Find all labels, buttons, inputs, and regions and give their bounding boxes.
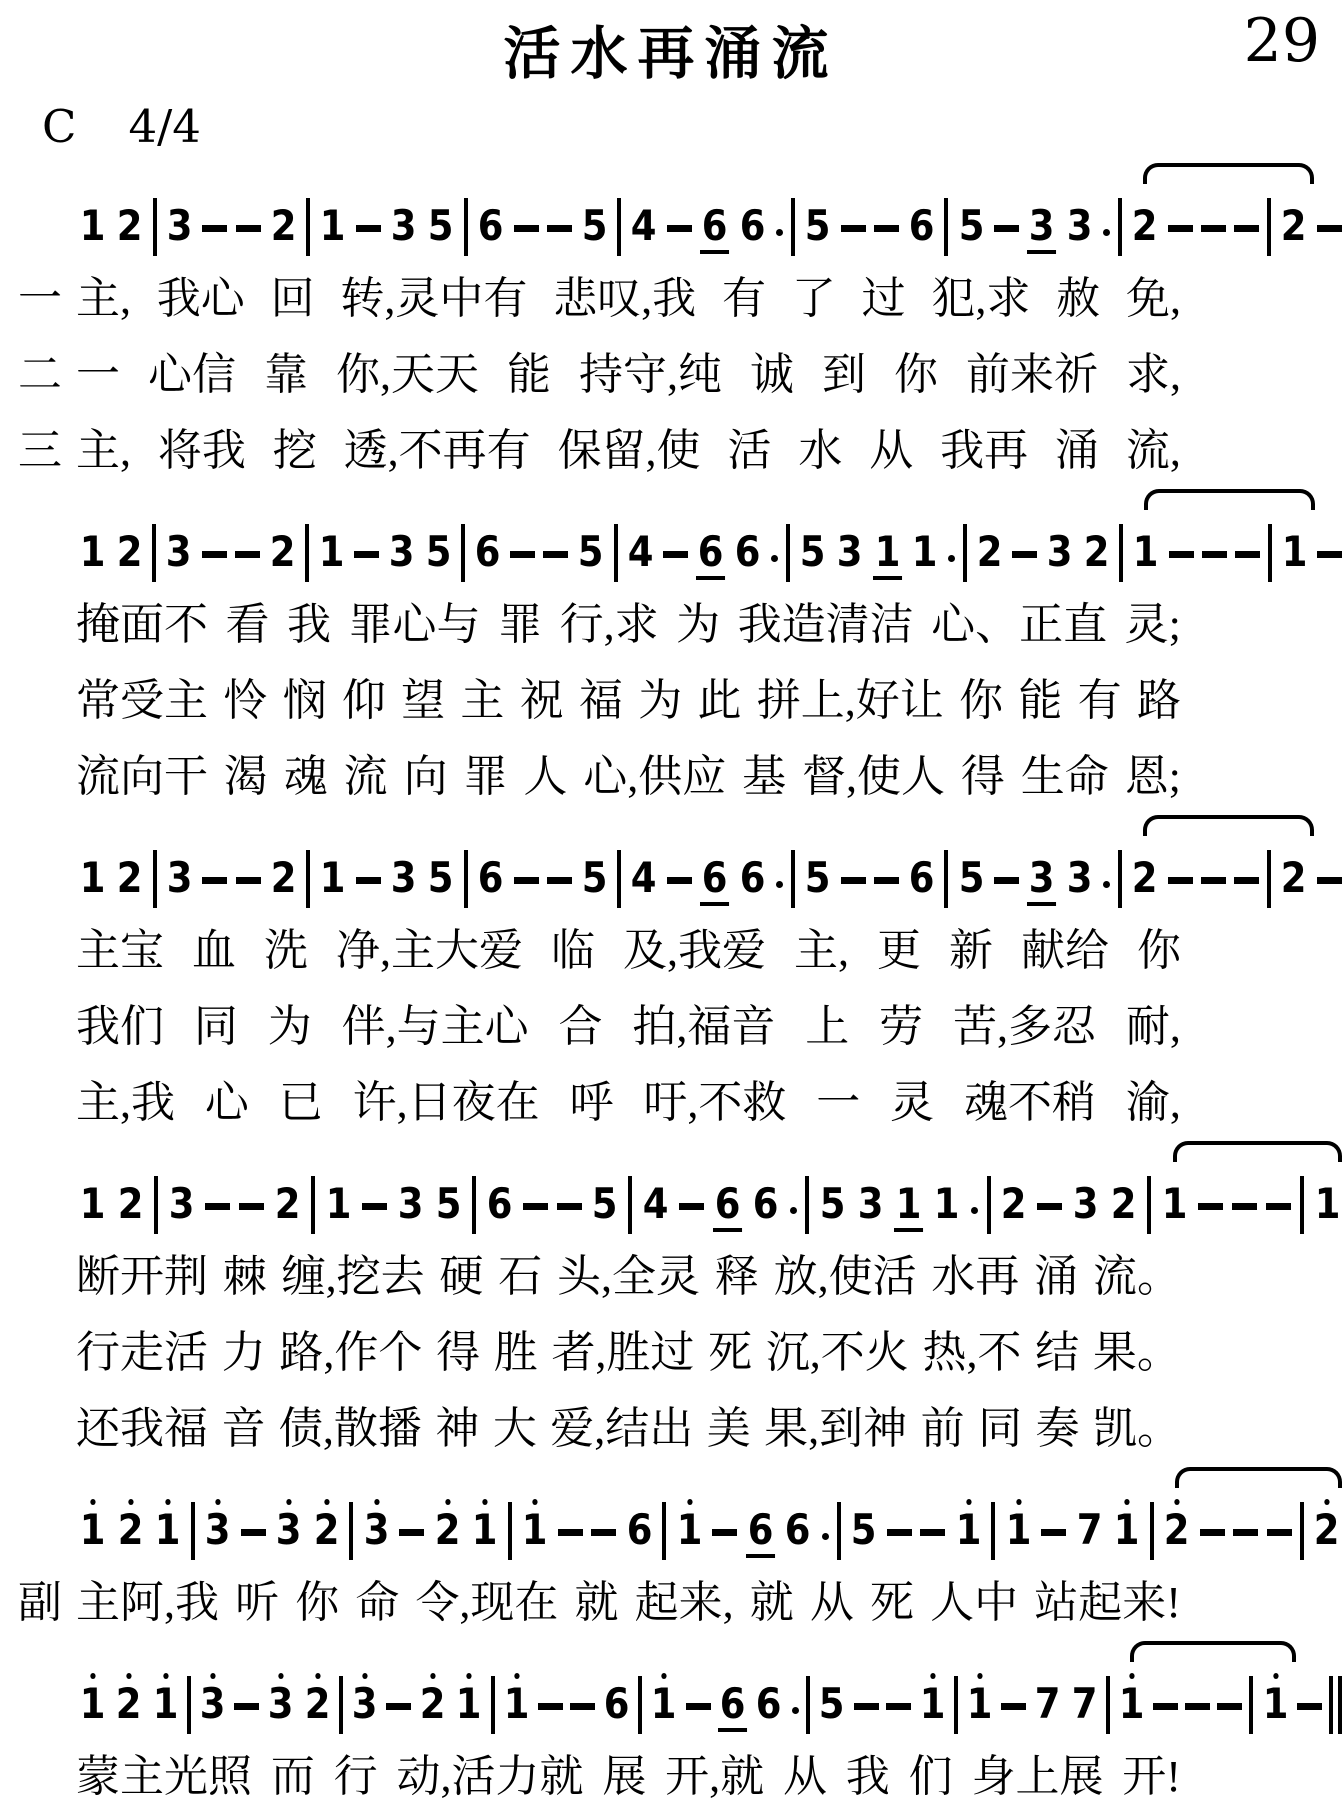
barline: [339, 1676, 343, 1734]
lyric-cell: 人: [523, 750, 567, 804]
barline: [628, 1176, 632, 1234]
note-digit: 6: [475, 530, 501, 574]
augmentation-dot: [790, 1207, 797, 1214]
barline: [1300, 1176, 1304, 1234]
note: 1: [910, 530, 955, 574]
note: 3: [389, 856, 418, 900]
duration-dash: [1169, 551, 1194, 558]
duration-dash: [667, 225, 692, 232]
note-digit: 6: [702, 204, 728, 248]
note: 6: [485, 1182, 514, 1226]
lyric-cell: 犯,求: [931, 272, 1030, 326]
lyric-cell: 水: [798, 424, 842, 478]
tie-arc: [1173, 1141, 1342, 1162]
lyric-cell: 向: [404, 750, 448, 804]
music-line-4: 123213565466531123211: [78, 1138, 1342, 1226]
duration-dash: [1168, 225, 1193, 232]
lyric-cell: 此: [698, 674, 742, 728]
lyric-cell: 热,不: [923, 1326, 1022, 1380]
note-digit: 2: [275, 1182, 301, 1226]
barline: [305, 524, 309, 582]
note: 1: [894, 1182, 923, 1226]
lyric-cell: 基: [742, 750, 786, 804]
lyric-cell: 流,: [1126, 424, 1181, 478]
note-digit-high-octave: 3: [200, 1682, 226, 1726]
note: 1: [151, 1682, 180, 1726]
note-digit: 3: [1029, 856, 1055, 900]
note-digit: 1: [320, 204, 346, 248]
duration-dash: [570, 1703, 595, 1710]
barline: [472, 1176, 476, 1234]
barline: [306, 850, 310, 908]
lyric-line-5: 常受主怜悯仰望主祝福为此拼上,好让你能有路: [0, 674, 1342, 728]
note-digit: 6: [909, 204, 935, 248]
lyric-cell: 合: [559, 1000, 603, 1054]
note: 4: [629, 856, 658, 900]
barline: [805, 1176, 809, 1234]
verse-marker: 一: [18, 272, 76, 326]
note: 2: [1082, 530, 1111, 574]
lyric-cell: 一: [816, 1076, 860, 1130]
duration-dash: [362, 1203, 387, 1210]
lyric-cell: 站起来!: [1034, 1576, 1181, 1630]
note-digit: 6: [478, 856, 504, 900]
lyric-cell: 心,供应: [583, 750, 726, 804]
note-digit: 1: [320, 856, 346, 900]
note-digit: 6: [697, 530, 723, 574]
lyric-cell: 前来祈: [966, 348, 1098, 402]
lyric-cell: 身上展: [971, 1750, 1103, 1804]
lyric-cell: 行,求: [560, 598, 659, 652]
note-digit: 1: [874, 530, 900, 574]
lyric-cell: 开,就: [665, 1750, 764, 1804]
lyric-cell: 听: [235, 1576, 279, 1630]
note: 5: [576, 530, 605, 574]
lyric-line-10: 断开荆棘缠,挖去硬石头,全灵释放,使活水再涌流。: [0, 1250, 1342, 1304]
note: 6: [476, 856, 505, 900]
note-digit: 3: [858, 1182, 884, 1226]
note: 3: [1027, 204, 1056, 248]
barline: [991, 1502, 995, 1560]
note: 2: [115, 856, 144, 900]
note: 6: [751, 1182, 796, 1226]
note-digit: 3: [167, 204, 193, 248]
note-digit: 6: [702, 856, 728, 900]
lyric-cell: 吁,不救: [643, 1076, 786, 1130]
duration-dash: [235, 551, 260, 558]
note-digit: 5: [578, 530, 604, 574]
note: 2: [273, 1182, 302, 1226]
lyric-cell: 主,: [794, 924, 849, 978]
note-digit: 6: [486, 1182, 512, 1226]
note: 2: [999, 1182, 1028, 1226]
note: 6: [783, 1508, 828, 1552]
lyric-cell: 诚: [750, 348, 794, 402]
note-digit: 6: [785, 1508, 811, 1552]
final-barline: [1329, 1676, 1342, 1734]
note-digit-high-octave: 2: [1314, 1508, 1340, 1552]
duration-dash: [356, 877, 381, 884]
note-digit: 1: [911, 530, 937, 574]
barline: [1150, 1502, 1154, 1560]
note-digit: 1: [80, 856, 106, 900]
lyric-cell: 靠: [264, 348, 308, 402]
note-digit: 6: [756, 1682, 782, 1726]
duration-dash: [241, 1529, 266, 1536]
lyric-cells: 主,将我挖透,不再有保留,使活水从我再涌流,: [76, 424, 1181, 478]
lyric-cell: 悲叹,我: [553, 272, 696, 326]
note: 6: [473, 530, 502, 574]
lyric-cell: 你: [959, 674, 1003, 728]
note-digit-high-octave: 1: [967, 1682, 993, 1726]
lyric-cell: 我造清洁: [738, 598, 914, 652]
note-digit: 5: [819, 1682, 845, 1726]
lyric-cell: 神: [435, 1402, 479, 1456]
note-digit-high-octave: 3: [364, 1508, 390, 1552]
lyric-cells: 主,我心已许,日夜在呼吁,不救一灵魂不稍渝,: [76, 1076, 1181, 1130]
lyric-line-7: 主宝血洗净,主大爱临及,我爱主,更新献给你: [0, 924, 1342, 978]
lyric-cell: 我: [846, 1750, 890, 1804]
lyric-cell: 流: [344, 750, 388, 804]
note: 1: [78, 1182, 107, 1226]
lyric-cell: 行: [334, 1750, 378, 1804]
duration-dash: [1198, 1203, 1223, 1210]
barline: [662, 1502, 666, 1560]
lyric-cell: 呼: [570, 1076, 614, 1130]
note: 3: [835, 530, 864, 574]
note-digit: 3: [1047, 530, 1073, 574]
note-digit-high-octave: 1: [80, 1682, 106, 1726]
note-digit: 2: [1111, 1182, 1137, 1226]
note-digit: 1: [318, 530, 344, 574]
lyric-cell: 我: [287, 598, 331, 652]
note: 2: [1109, 1182, 1138, 1226]
lyric-cells: 我们同为伴,与主心合拍,福音上劳苦,多忍耐,: [76, 1000, 1181, 1054]
duration-dash: [920, 1529, 945, 1536]
note-digit: 3: [167, 856, 193, 900]
note-digit: 1: [1315, 1182, 1341, 1226]
lyric-cell: 主,: [76, 272, 131, 326]
lyric-cell: 得: [961, 750, 1005, 804]
note: 5: [798, 530, 827, 574]
lyric-line-13: 副主阿,我听你命令,现在就起来,就从死人中站起来!: [0, 1576, 1342, 1630]
note-digit: 3: [1066, 204, 1092, 248]
note: 1: [965, 1682, 994, 1726]
barline: [153, 850, 157, 908]
note: 1: [78, 204, 107, 248]
tie-arc: [1143, 815, 1314, 836]
note: 2: [1162, 1508, 1191, 1552]
note: 1: [649, 1682, 678, 1726]
augmentation-dot: [776, 229, 783, 236]
lyric-cell: 胜: [494, 1326, 538, 1380]
duration-dash: [1217, 1703, 1242, 1710]
note: 3: [198, 1682, 227, 1726]
lyric-cell: 从: [810, 1576, 854, 1630]
lyric-cells: 还我福音债,散播神大爱,结出美果,到神前同奏凯。: [76, 1402, 1181, 1456]
note: 5: [849, 1508, 878, 1552]
note-digit-high-octave: 1: [155, 1508, 181, 1552]
note-digit-high-octave: 3: [205, 1508, 231, 1552]
note-digit-high-octave: 2: [117, 1508, 143, 1552]
lyric-cell: 常受主: [76, 674, 208, 728]
lyric-cell: 主: [460, 674, 504, 728]
lyric-line-2: 二一心信靠你,天天能持守,纯诚到你前来祈求,: [0, 348, 1342, 402]
lyric-cells: 一心信靠你,天天能持守,纯诚到你前来祈求,: [76, 348, 1181, 402]
lyric-cell: 转,灵中有: [340, 272, 527, 326]
note-digit: 6: [604, 1682, 630, 1726]
note-digit: 3: [397, 1182, 423, 1226]
note: 5: [426, 204, 455, 248]
note-digit: 1: [80, 204, 106, 248]
lyric-cell: 拍,福音: [632, 1000, 775, 1054]
note-digit: 3: [391, 204, 417, 248]
hymn-number: 29: [1244, 6, 1320, 76]
lyric-cells: 蒙主光照而行动,活力就展开,就从我们身上展开!: [76, 1750, 1181, 1804]
note-digit: 5: [958, 204, 984, 248]
note-digit-high-octave: 1: [1262, 1682, 1288, 1726]
barline: [1147, 1176, 1151, 1234]
verse-marker: 副: [18, 1576, 76, 1630]
barline: [786, 524, 790, 582]
tie-arc: [1144, 489, 1315, 510]
duration-dash: [1185, 1703, 1210, 1710]
barline: [464, 850, 468, 908]
duration-dash: [994, 225, 1019, 232]
note-digit: 5: [428, 856, 454, 900]
note-digit-high-octave: 3: [352, 1682, 378, 1726]
note: 6: [718, 1682, 747, 1726]
note: 1: [317, 530, 346, 574]
tie-arc: [1143, 163, 1314, 184]
note: 3: [1071, 1182, 1100, 1226]
note-digit: 4: [643, 1182, 669, 1226]
note-digit-high-octave: 3: [268, 1682, 294, 1726]
lyric-line-8: 我们同为伴,与主心合拍,福音上劳苦,多忍耐,: [0, 1000, 1342, 1054]
lyric-cell: 渴: [224, 750, 268, 804]
note: 2: [269, 204, 298, 248]
lyric-cell: 心、正直: [931, 598, 1107, 652]
lyric-cell: 开!: [1122, 1750, 1181, 1804]
note: 5: [426, 856, 455, 900]
duration-dash: [1233, 1529, 1258, 1536]
barline: [311, 1176, 315, 1234]
note: 1: [318, 856, 347, 900]
barline: [154, 1176, 158, 1234]
tie-arc: [1175, 1467, 1342, 1488]
lyric-cell: 渝,: [1126, 1076, 1181, 1130]
lyric-cell: 涌: [1034, 1250, 1078, 1304]
barline: [1268, 524, 1272, 582]
lyric-cell: 力: [222, 1326, 266, 1380]
note: 2: [1130, 856, 1159, 900]
note: 1: [1280, 530, 1309, 574]
note: 5: [580, 204, 609, 248]
duration-dash: [202, 551, 227, 558]
note: 1: [318, 204, 347, 248]
lyric-cell: 从: [869, 424, 913, 478]
barline: [464, 198, 468, 256]
note: 6: [907, 856, 936, 900]
duration-dash: [1234, 225, 1259, 232]
note-digit-high-octave: 1: [522, 1508, 548, 1552]
duration-dash: [356, 225, 381, 232]
note: 5: [803, 856, 832, 900]
barline: [1249, 1676, 1253, 1734]
duration-dash: [1201, 877, 1226, 884]
barline: [461, 524, 465, 582]
note: 3: [266, 1682, 295, 1726]
duration-dash: [1202, 551, 1227, 558]
barline: [191, 1502, 195, 1560]
tie-arc: [1130, 1641, 1296, 1662]
music-line-5: 121332321161665117122: [78, 1464, 1342, 1552]
note: 6: [746, 1508, 775, 1552]
note: 2: [268, 530, 297, 574]
lyric-cell: 活: [727, 424, 771, 478]
note-digit: 3: [837, 530, 863, 574]
lyric-cell: 流。: [1093, 1250, 1181, 1304]
note-digit-high-octave: 1: [1005, 1508, 1031, 1552]
note: 6: [700, 856, 729, 900]
lyric-line-1: 一主,我心回转,灵中有悲叹,我有了过犯,求赦免,: [0, 272, 1342, 326]
duration-dash: [202, 877, 227, 884]
note: 2: [1312, 1508, 1341, 1552]
lyric-cell: 就: [575, 1576, 619, 1630]
lyric-cell: 耐,: [1126, 1000, 1181, 1054]
duration-dash: [1234, 877, 1259, 884]
note-digit: 7: [1076, 1508, 1102, 1552]
note-digit: 6: [735, 530, 761, 574]
lyric-cell: 令,现在: [415, 1576, 558, 1630]
lyric-cells: 主宝血洗净,主大爱临及,我爱主,更新献给你: [76, 924, 1181, 978]
lyric-cell: 有: [722, 272, 766, 326]
music-line-1: 1232135654665653322: [78, 160, 1342, 248]
lyric-cell: 生命: [1021, 750, 1109, 804]
hymn-sheet-page: 活水再涌流 29 C 4/4 1232135654665653322一主,我心回…: [0, 0, 1342, 1812]
barline: [153, 198, 157, 256]
note-digit-high-octave: 1: [1114, 1508, 1140, 1552]
note-digit: 1: [1133, 530, 1159, 574]
lyric-cell: 硬: [439, 1250, 483, 1304]
note-digit: 2: [1001, 1182, 1027, 1226]
lyric-cell: 从: [783, 1750, 827, 1804]
lyric-cell: 有: [1078, 674, 1122, 728]
note: 6: [907, 204, 936, 248]
augmentation-dot: [792, 1707, 799, 1714]
lyric-cell: 放,使活: [774, 1250, 917, 1304]
note: 3: [389, 204, 418, 248]
lyric-cell: 回: [271, 272, 315, 326]
duration-dash: [886, 1703, 911, 1710]
duration-dash: [887, 1529, 912, 1536]
note: 3: [1027, 856, 1056, 900]
duration-dash: [547, 225, 572, 232]
note-digit: 5: [820, 1182, 846, 1226]
note: 1: [932, 1182, 977, 1226]
lyric-cell: 拼上,好让: [757, 674, 944, 728]
barline: [349, 1502, 353, 1560]
note: 5: [803, 204, 832, 248]
note-digit: 3: [1066, 856, 1092, 900]
note-digit-high-octave: 1: [152, 1682, 178, 1726]
lyric-line-6: 流向干渴魂流向罪人心,供应基督,使人得生命恩;: [0, 750, 1342, 804]
duration-dash: [854, 1703, 879, 1710]
note: 1: [1112, 1508, 1141, 1552]
lyric-cell: 动,活力就: [396, 1750, 583, 1804]
duration-dash: [841, 877, 866, 884]
lyric-cell: 爱,结出: [550, 1402, 693, 1456]
lyric-cell: 沉,不火: [766, 1326, 909, 1380]
lyric-cell: 而: [271, 1750, 315, 1804]
lyric-cell: 伴,与主心: [342, 1000, 529, 1054]
note-digit: 1: [896, 1182, 922, 1226]
lyric-line-4: 掩面不看我罪心与罪行,求为我造清洁心、正直灵;: [0, 598, 1342, 652]
duration-dash: [523, 1203, 548, 1210]
barline: [963, 524, 967, 582]
lyric-cells: 常受主怜悯仰望主祝福为此拼上,好让你能有路: [76, 674, 1181, 728]
lyric-cell: 及,我爱: [623, 924, 766, 978]
note-digit: 3: [166, 530, 192, 574]
augmentation-dot: [1103, 881, 1110, 888]
lyric-line-14: 蒙主光照而行动,活力就展开,就从我们身上展开!: [0, 1750, 1342, 1804]
lyric-cell: 你: [894, 348, 938, 402]
note: 7: [1033, 1682, 1062, 1726]
duration-dash: [547, 877, 572, 884]
note: 6: [738, 204, 783, 248]
note: 2: [975, 530, 1004, 574]
note-digit: 6: [739, 856, 765, 900]
duration-dash: [1001, 1703, 1026, 1710]
duration-dash: [538, 1703, 563, 1710]
note-digit: 4: [627, 530, 653, 574]
note-digit: 2: [117, 204, 143, 248]
lyric-cells: 主阿,我听你命令,现在就起来,就从死人中站起来!: [76, 1576, 1181, 1630]
lyric-cell: 了: [792, 272, 836, 326]
lyric-cell: 水再: [931, 1250, 1019, 1304]
note-digit-high-octave: 1: [955, 1508, 981, 1552]
note-digit: 2: [271, 856, 297, 900]
note: 1: [324, 1182, 353, 1226]
barline: [508, 1502, 512, 1560]
lyric-cell: 透,不再有: [344, 424, 531, 478]
note-digit-high-octave: 1: [676, 1508, 702, 1552]
lyric-cell: 果。: [1093, 1326, 1181, 1380]
note-digit: 3: [389, 530, 415, 574]
note: 6: [754, 1682, 799, 1726]
lyric-cell: 棘: [223, 1250, 267, 1304]
note: 1: [675, 1508, 704, 1552]
barline: [791, 198, 795, 256]
title-row: 活水再涌流 29: [0, 8, 1342, 90]
note-digit: 2: [117, 856, 143, 900]
note-digit: 5: [582, 204, 608, 248]
note: 2: [1279, 856, 1308, 900]
duration-dash: [1012, 551, 1037, 558]
barline: [306, 198, 310, 256]
lyric-cell: 大: [493, 1402, 537, 1456]
note-digit: 2: [1132, 204, 1158, 248]
note: 3: [350, 1682, 379, 1726]
note-digit: 6: [747, 1508, 773, 1552]
lyric-cell: 苦,多忍: [953, 1000, 1096, 1054]
note: 6: [713, 1182, 742, 1226]
lyric-cell: 灵: [890, 1076, 934, 1130]
lyric-cell: 主,: [76, 424, 131, 478]
note: 6: [625, 1508, 654, 1552]
duration-dash: [1266, 1203, 1291, 1210]
note: 2: [115, 204, 144, 248]
